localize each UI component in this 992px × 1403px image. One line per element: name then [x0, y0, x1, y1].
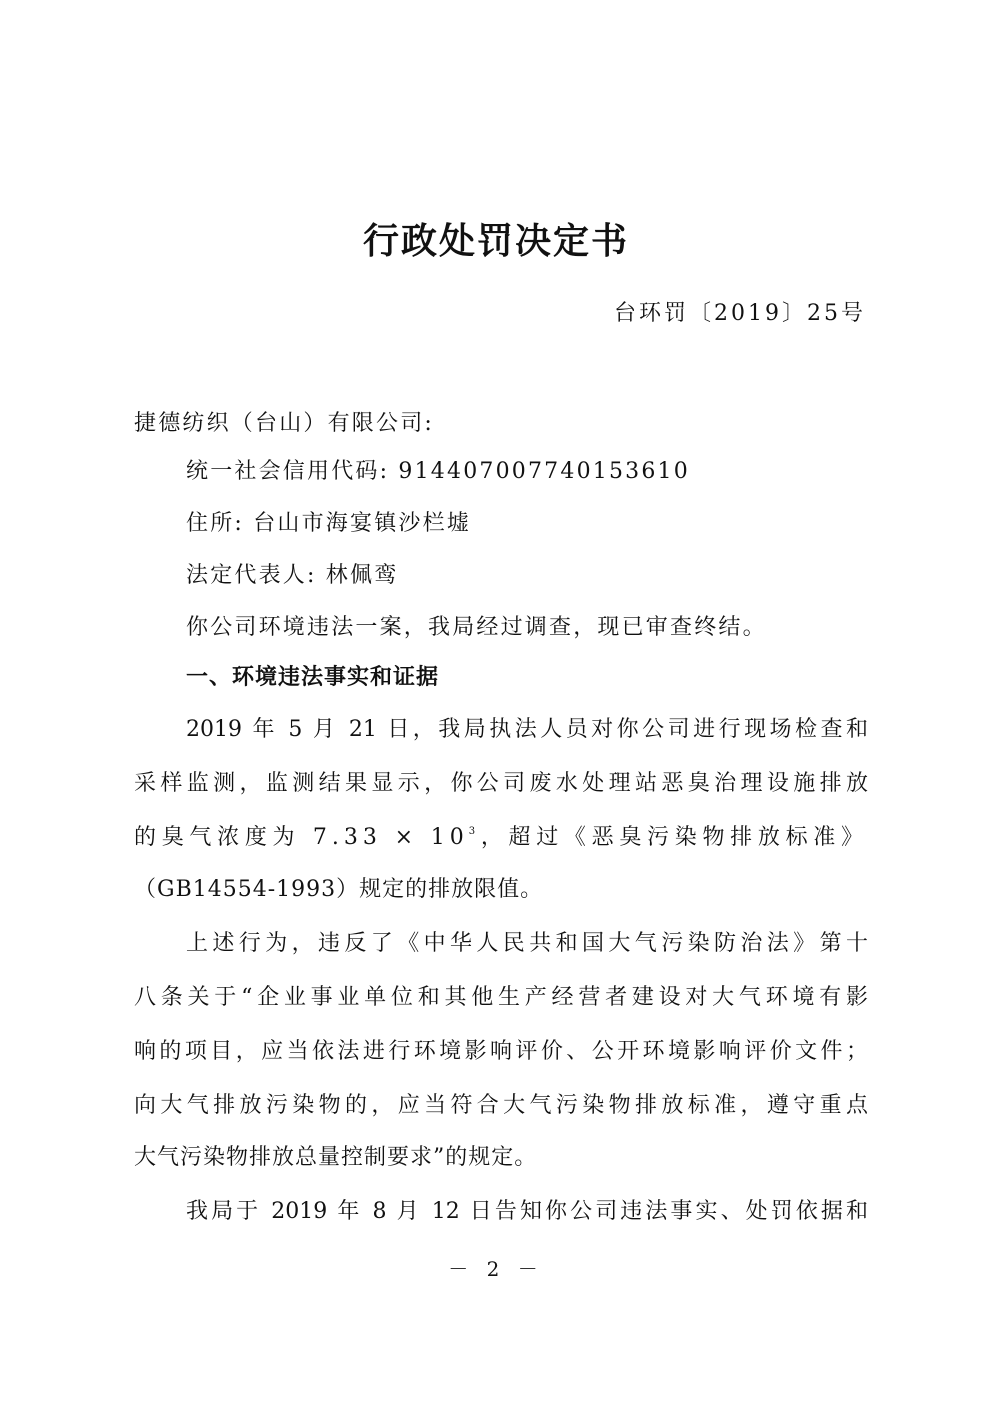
exponent: 3	[469, 826, 480, 837]
document-page: 行政处罚决定书 台环罚〔2019〕25号 捷德纺织（台山）有限公司: 统一社会信…	[0, 0, 992, 1403]
legal-representative: 法定代表人: 林佩鸾	[186, 556, 868, 596]
document-title: 行政处罚决定书	[0, 216, 992, 266]
paragraph-line: 大气污染物排放总量控制要求”的规定。	[134, 1138, 868, 1178]
recipient-company: 捷德纺织（台山）有限公司:	[134, 404, 868, 444]
document-number: 台环罚〔2019〕25号	[614, 294, 866, 334]
paragraph-line: 2019 年 5 月 21 日，我局执法人员对你公司进行现场检查和	[186, 710, 868, 750]
paragraph-line: 向大气排放污染物的，应当符合大气污染物排放标准，遵守重点	[134, 1086, 868, 1126]
paragraph-line: 我局于 2019 年 8 月 12 日告知你公司违法事实、处罚依据和	[186, 1192, 868, 1232]
paragraph-line: 的臭气浓度为 7.33 × 103，超过《恶臭污染物排放标准》	[134, 818, 868, 858]
paragraph-line: 响的项目，应当依法进行环境影响评价、公开环境影响评价文件；	[134, 1032, 868, 1072]
page-number: － 2 －	[0, 1254, 992, 1284]
credit-code: 统一社会信用代码: 914407007740153610	[186, 452, 868, 492]
section-heading-facts: 一、环境违法事实和证据	[186, 658, 439, 698]
paragraph-line: 上述行为，违反了《中华人民共和国大气污染防治法》第十	[186, 924, 868, 964]
odor-concentration-text: 的臭气浓度为 7.33 × 10	[134, 825, 469, 850]
address: 住所: 台山市海宴镇沙栏墟	[186, 504, 868, 544]
standard-reference: ，超过《恶臭污染物排放标准》	[480, 825, 868, 850]
paragraph-line: 八条关于“企业事业单位和其他生产经营者建设对大气环境有影	[134, 978, 868, 1018]
paragraph-line: （GB14554-1993）规定的排放限值。	[134, 870, 868, 910]
paragraph-line: 采样监测，监测结果显示，你公司废水处理站恶臭治理设施排放	[134, 764, 868, 804]
case-intro: 你公司环境违法一案，我局经过调查，现已审查终结。	[186, 608, 868, 648]
